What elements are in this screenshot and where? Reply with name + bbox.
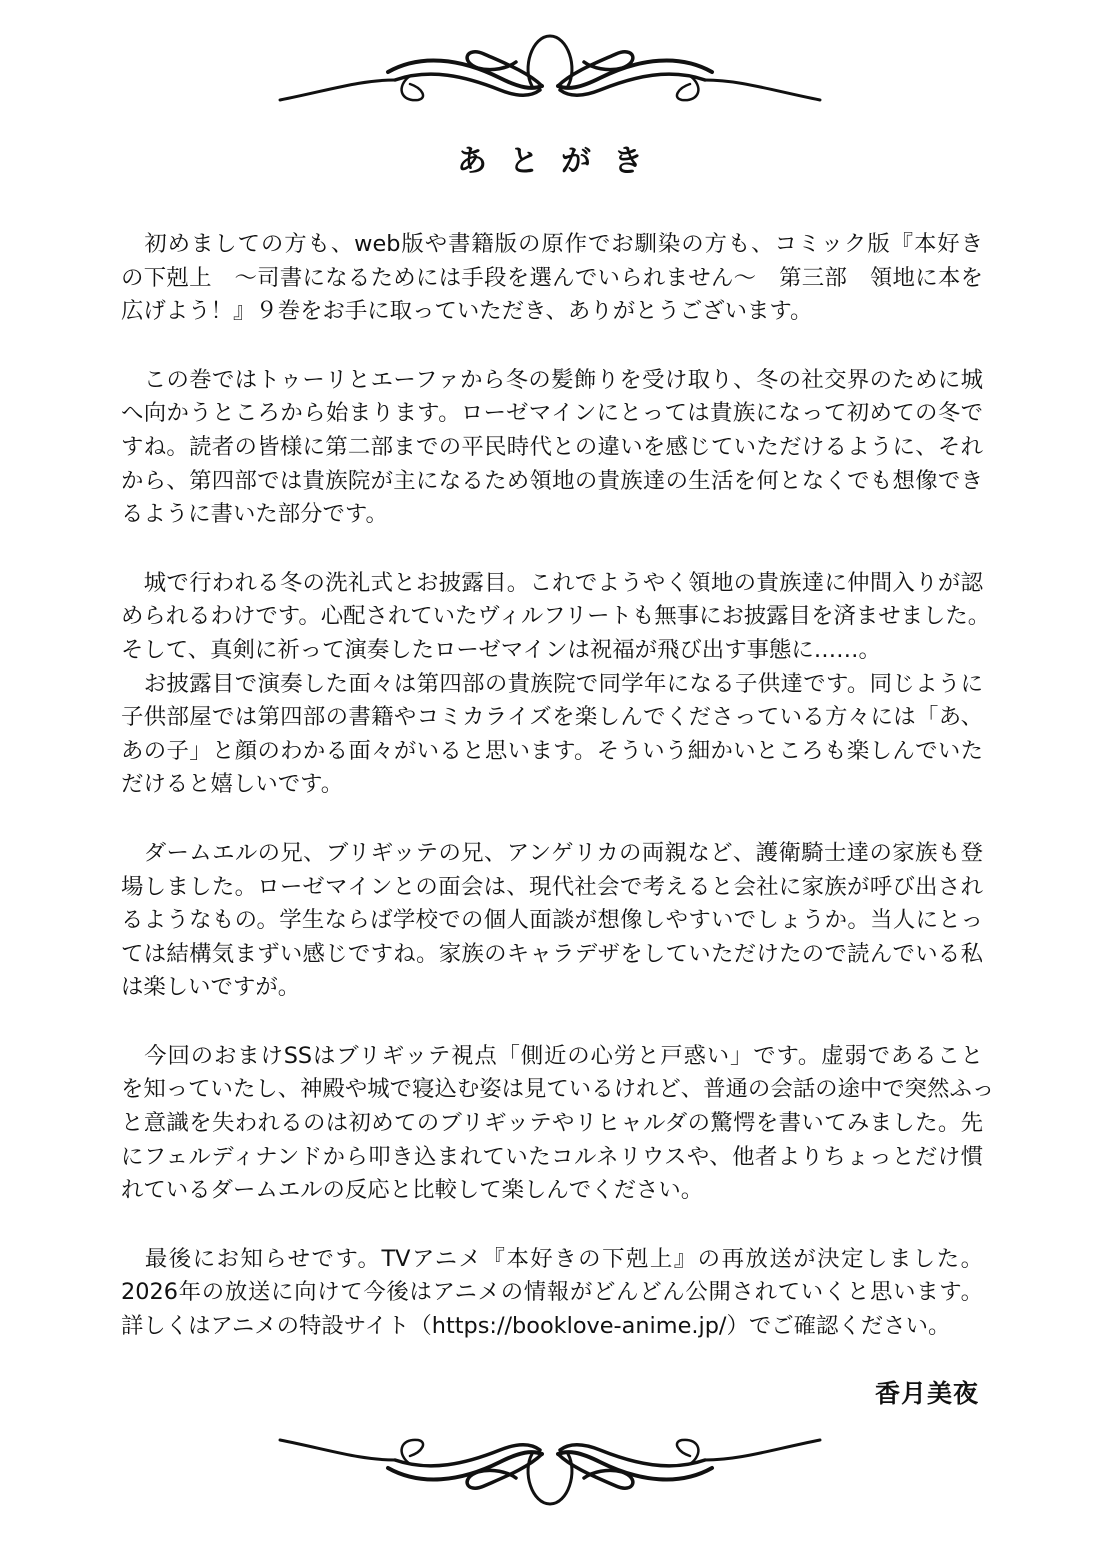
text-line: 最後にお知らせです。TVアニメ『本好きの下剋上』の再放送が決定しました。 (121, 1243, 983, 1277)
text-line: 城で行われる冬の洗礼式とお披露目。これでようやく領地の貴族達に仲間入りが認 (121, 567, 983, 601)
text-line: この巻ではトゥーリとエーファから冬の髪飾りを受け取り、冬の社交界のために城 (121, 364, 983, 398)
text-line: だけると嬉しいです。 (121, 768, 983, 802)
text-line: 広げよう！』９巻をお手に取っていただき、ありがとうございます。 (121, 295, 983, 329)
text-line: お披露目で演奏した面々は第四部の貴族院で同学年になる子供達です。同じように (121, 668, 983, 702)
text-line: るように書いた部分です。 (121, 498, 983, 532)
text-line: 初めましての方も、web版や書籍版の原作でお馴染の方も、コミック版『本好き (121, 228, 983, 262)
text-line: るようなもの。学生ならば学校での個人面談が想像しやすいでしょうか。当人にとっ (121, 904, 983, 938)
page-title: あとがき (0, 136, 1100, 180)
paragraph-volume-summary: この巻ではトゥーリとエーファから冬の髪飾りを受け取り、冬の社交界のために城 へ向… (121, 364, 983, 532)
text-line: ダームエルの兄、ブリギッテの兄、アンゲリカの両親など、護衛騎士達の家族も登 (121, 837, 983, 871)
text-line: 場しました。ローゼマインとの面会は、現代社会で考えると会社に家族が呼び出され (121, 871, 983, 905)
text-line: 今回のおまけSSはブリギッテ視点「側近の心労と戸惑い」です。虚弱であること (121, 1040, 983, 1074)
text-line: れているダームエルの反応と比較して楽しんでください。 (121, 1174, 983, 1208)
text-line: あの子」と顔のわかる面々がいると思います。そういう細かいところも楽しんでいた (121, 735, 983, 769)
flourish-divider-top (270, 28, 830, 108)
text-line: の下剋上 ～司書になるためには手段を選んでいられません～ 第三部 領地に本を (121, 262, 983, 296)
text-line: から、第四部では貴族院が主になるため領地の貴族達の生活を何となくでも想像でき (121, 465, 983, 499)
text-line: にフェルディナンドから叩き込まれていたコルネリウスや、他者よりちょっとだけ慣 (121, 1141, 983, 1175)
paragraph-intro: 初めましての方も、web版や書籍版の原作でお馴染の方も、コミック版『本好き の下… (121, 228, 983, 329)
text-line: 2026年の放送に向けて今後はアニメの情報がどんどん公開されていくと思います。 (121, 1276, 983, 1310)
paragraph-announcement: 最後にお知らせです。TVアニメ『本好きの下剋上』の再放送が決定しました。 202… (121, 1243, 983, 1344)
text-line: ては結構気まずい感じですね。家族のキャラデザをしていただけたので読んでいる私 (121, 938, 983, 972)
text-line: を知っていたし、神殿や城で寝込む姿は見ているけれど、普通の会話の途中で突然ふっ (121, 1073, 983, 1107)
text-line: と意識を失われるのは初めてのブリギッテやリヒャルダの驚愕を書いてみました。先 (121, 1107, 983, 1141)
text-line: そして、真剣に祈って演奏したローゼマインは祝福が飛び出す事態に……。 (121, 634, 983, 668)
text-line: すね。読者の皆様に第二部までの平民時代との違いを感じていただけるように、それ (121, 431, 983, 465)
text-line: へ向かうところから始まります。ローゼマインにとっては貴族になって初めての冬で (121, 397, 983, 431)
paragraph-families: ダームエルの兄、ブリギッテの兄、アンゲリカの両親など、護衛騎士達の家族も登 場し… (121, 837, 983, 1005)
paragraph-performers: お披露目で演奏した面々は第四部の貴族院で同学年になる子供達です。同じように 子供… (121, 668, 983, 802)
paragraph-bonus-ss: 今回のおまけSSはブリギッテ視点「側近の心労と戸惑い」です。虚弱であること を知… (121, 1040, 983, 1208)
text-line: められるわけです。心配されていたヴィルフリートも無事にお披露目を済ませました。 (121, 600, 983, 634)
afterword-body: 初めましての方も、web版や書籍版の原作でお馴染の方も、コミック版『本好き の下… (121, 228, 983, 1379)
flourish-ornament-icon (270, 28, 830, 108)
text-line: 詳しくはアニメの特設サイト（https://booklove-anime.jp/… (121, 1310, 983, 1344)
text-line: 子供部屋では第四部の書籍やコミカライズを楽しんでくださっている方々には「あ、 (121, 701, 983, 735)
flourish-divider-bottom (270, 1432, 830, 1512)
flourish-ornament-icon (270, 1432, 830, 1512)
text-line: は楽しいですが。 (121, 971, 983, 1005)
paragraph-baptism: 城で行われる冬の洗礼式とお披露目。これでようやく領地の貴族達に仲間入りが認 めら… (121, 567, 983, 668)
author-signature: 香月美夜 (875, 1374, 979, 1410)
